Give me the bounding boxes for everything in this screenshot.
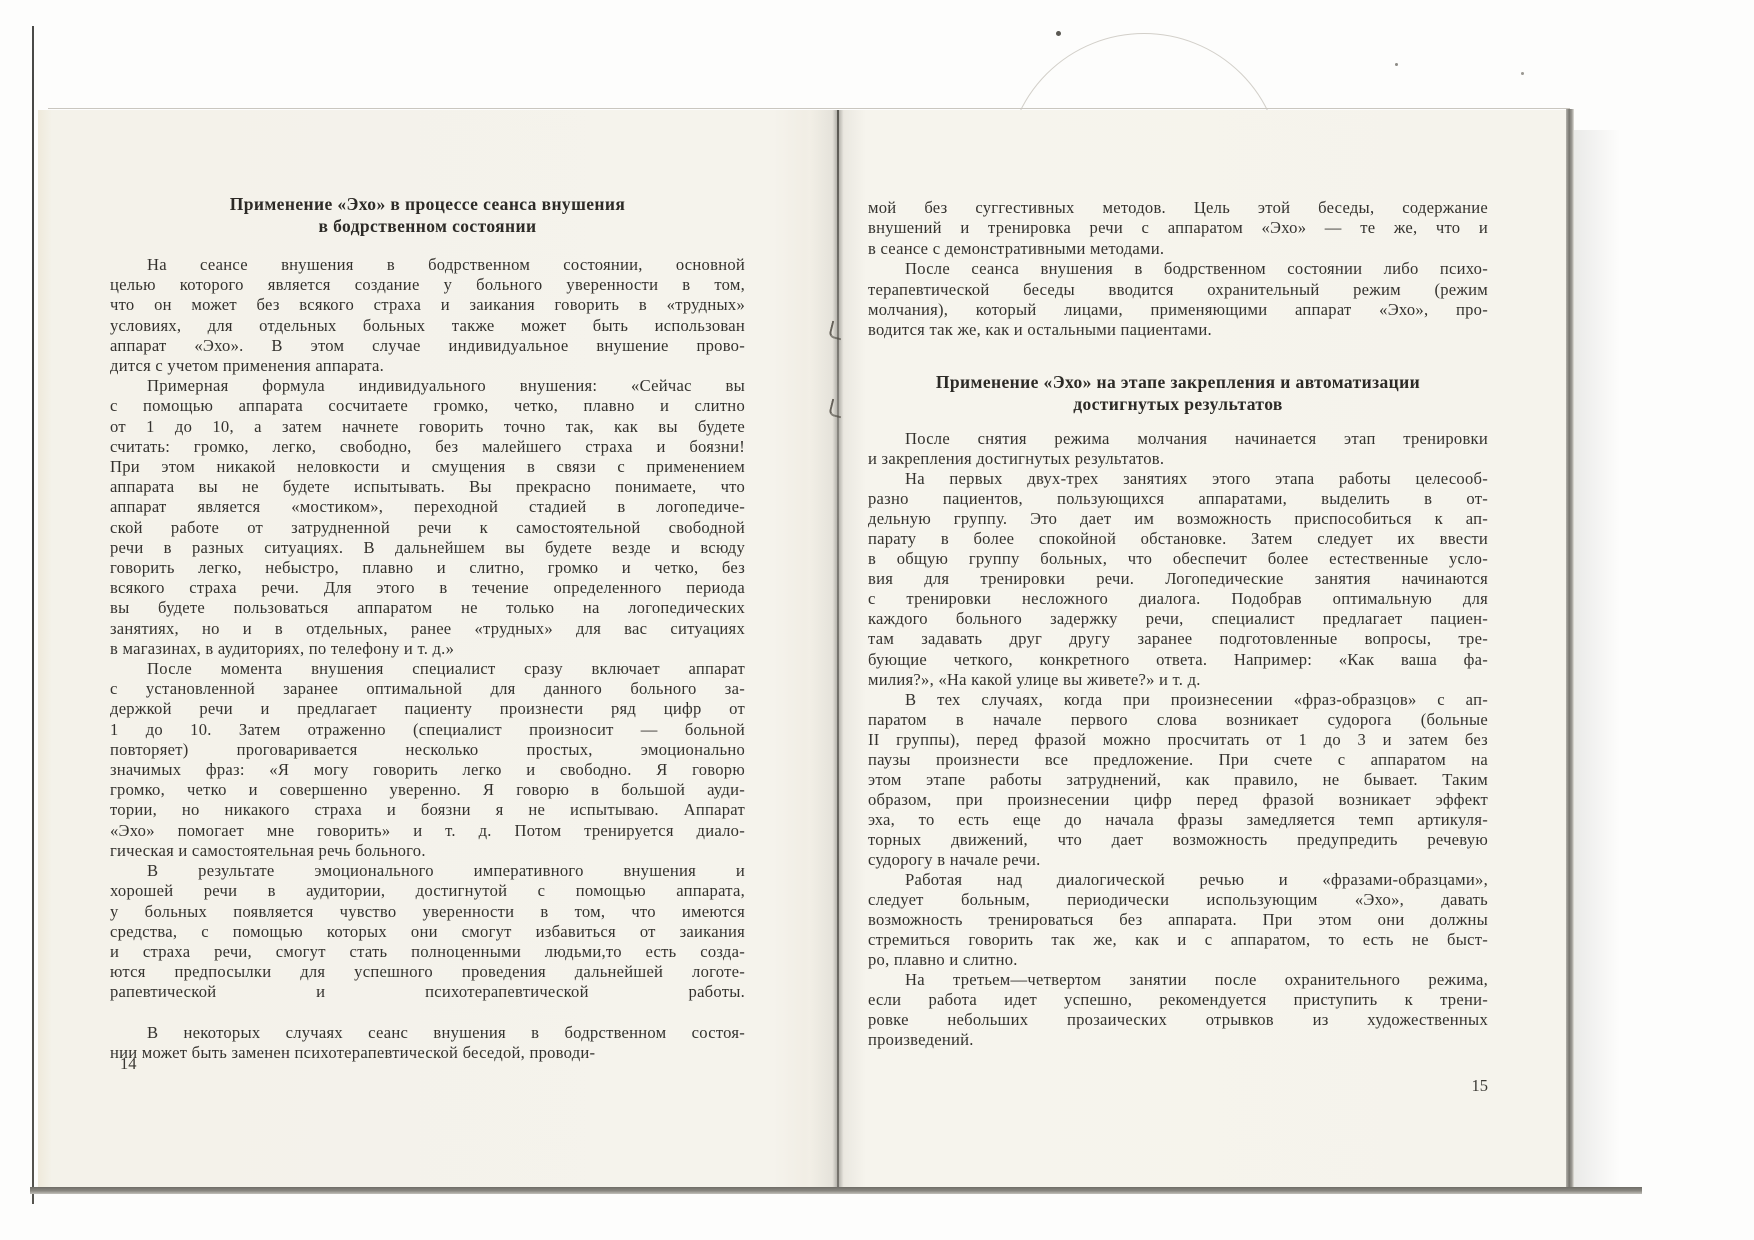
text-line: произведений. bbox=[868, 1030, 1488, 1050]
text-line: стремиться говорить так же, как и с аппа… bbox=[868, 930, 1488, 950]
text-line: Работая над диалогической речью и «фраза… bbox=[868, 870, 1488, 890]
text-line: в сеансе с демонстративными методами. bbox=[868, 239, 1488, 259]
text-line: водится так же, как и остальными пациент… bbox=[868, 320, 1488, 340]
text-line: там задавать друг другу заранее подготов… bbox=[868, 629, 1488, 649]
text-line: После сеанса внушения в бодрственном сос… bbox=[868, 259, 1488, 279]
text-line: с помощью аппарата сосчитаете громко, че… bbox=[110, 396, 745, 416]
text-line: бующие четкого, конкретного ответа. Напр… bbox=[868, 650, 1488, 670]
scan-speck bbox=[1056, 31, 1061, 36]
text-line: После момента внушения специалист сразу … bbox=[110, 659, 745, 679]
text-line: средства, с помощью которых они смогут и… bbox=[110, 922, 745, 942]
text-line: всякого страха речи. Для этого в течение… bbox=[110, 578, 745, 598]
paragraph: мой без суггестивных методов. Цель этой … bbox=[868, 198, 1488, 259]
page-right: мой без суггестивных методов. Цель этой … bbox=[812, 110, 1570, 1188]
heading-line: в бодрственном состоянии bbox=[110, 215, 745, 237]
text-line: значимых фраз: «Я могу говорить легко и … bbox=[110, 760, 745, 780]
text-line: терапевтической беседы вводится охраните… bbox=[868, 280, 1488, 300]
text-line: внушений и тренировка речи с аппаратом «… bbox=[868, 218, 1488, 238]
text-line: эха, то есть еще до начала фразы замедля… bbox=[868, 810, 1488, 830]
page-top-edge bbox=[48, 108, 1570, 109]
text-line: у больных появляется чувство уверенности… bbox=[110, 902, 745, 922]
text-line: аппарат «Эхо». В этом случае индивидуаль… bbox=[110, 336, 745, 356]
text-line: тории, но никакого страха и боязни я не … bbox=[110, 800, 745, 820]
text-line: мой без суггестивных методов. Цель этой … bbox=[868, 198, 1488, 218]
heading-line: Применение «Эхо» на этапе закрепления и … bbox=[868, 371, 1488, 393]
text-line: II группы), перед фразой можно просчитат… bbox=[868, 730, 1488, 750]
text-line: если работа идет успешно, рекомендуется … bbox=[868, 990, 1488, 1010]
heading-line: достигнутых результатов bbox=[868, 393, 1488, 415]
page-bottom-edge bbox=[30, 1187, 1642, 1194]
text-line: На первых двух-трех занятиях этого этапа… bbox=[868, 469, 1488, 489]
text-line: В некоторых случаях сеанс внушения в бод… bbox=[110, 1023, 745, 1043]
paragraph: После сеанса внушения в бодрственном сос… bbox=[868, 259, 1488, 341]
paragraph: Примерная формула индивидуального внушен… bbox=[110, 376, 745, 659]
text-line: вия для тренировки речи. Логопедические … bbox=[868, 569, 1488, 589]
text-line: Примерная формула индивидуального внушен… bbox=[110, 376, 745, 396]
page-number-right: 15 bbox=[868, 1076, 1488, 1096]
page-number-left: 14 bbox=[120, 1054, 137, 1074]
book-pages: Применение «Эхо» в процессе сеанса внуше… bbox=[38, 110, 1570, 1188]
text-line: На сеансе внушения в бодрственном состоя… bbox=[110, 255, 745, 275]
text-line: в магазинах, в аудиториях, по телефону и… bbox=[110, 639, 745, 659]
scanned-book-spread: Применение «Эхо» в процессе сеанса внуше… bbox=[0, 0, 1754, 1240]
text-line: образом, при произнесении цифр перед фра… bbox=[868, 790, 1488, 810]
paragraph: После снятия режима молчания начинается … bbox=[868, 429, 1488, 469]
text-line: ются предпосылки для успешного проведени… bbox=[110, 962, 745, 982]
text-line: что он может без всякого страха и заикан… bbox=[110, 295, 745, 315]
text-line: 1 до 10. Затем отраженно (специалист про… bbox=[110, 720, 745, 740]
paragraph: На третьем—четвертом занятии после охран… bbox=[868, 970, 1488, 1050]
text-line: паузы произнести все предложение. При сч… bbox=[868, 750, 1488, 770]
text-line: дится с учетом применения аппарата. bbox=[110, 356, 745, 376]
text-line: рапевтической и психотерапевтической раб… bbox=[110, 982, 745, 1002]
text-line: говорить легко, небыстро, плавно и слитн… bbox=[110, 558, 745, 578]
text-line: громко, четко и совершенно уверенно. Я г… bbox=[110, 780, 745, 800]
text-line: паратом в начале первого слова возникает… bbox=[868, 710, 1488, 730]
page-side-shadow bbox=[1574, 130, 1620, 1188]
staple bbox=[828, 399, 845, 419]
paragraph: В некоторых случаях сеанс внушения в бод… bbox=[110, 1023, 745, 1063]
page-left: Применение «Эхо» в процессе сеанса внуше… bbox=[38, 110, 812, 1188]
text-line: от 1 до 10, а затем начнете говорить точ… bbox=[110, 417, 745, 437]
text-line: вы будете пользоваться аппаратом не толь… bbox=[110, 598, 745, 618]
scan-speck bbox=[1521, 72, 1524, 75]
paragraph: На сеансе внушения в бодрственном состоя… bbox=[110, 255, 745, 376]
text-line: и закрепления достигнутых результатов. bbox=[868, 449, 1488, 469]
page-body-left: На сеансе внушения в бодрственном состоя… bbox=[110, 255, 745, 1063]
text-line: держкой речи и предлагает пациенту произ… bbox=[110, 699, 745, 719]
text-line: милия?», «На какой улице вы живете?» и т… bbox=[868, 670, 1488, 690]
text-line: торных движений, что дает возможность пр… bbox=[868, 830, 1488, 850]
text-line: В тех случаях, когда при произнесении «ф… bbox=[868, 690, 1488, 710]
text-line: ровке небольших прозаических отрывков из… bbox=[868, 1010, 1488, 1030]
paragraph: После момента внушения специалист сразу … bbox=[110, 659, 745, 861]
paragraph: В результате эмоционального императивног… bbox=[110, 861, 745, 1023]
text-line: аппарат является «мостиком», переходной … bbox=[110, 497, 745, 517]
scan-speck bbox=[1395, 63, 1398, 66]
page-right-edge bbox=[1566, 109, 1574, 1189]
text-line: молчания), который лицами, применяющими … bbox=[868, 300, 1488, 320]
text-line: в общую группу больных, что обеспечит бо… bbox=[868, 549, 1488, 569]
text-line: парату в более спокойной обстановке. Зат… bbox=[868, 529, 1488, 549]
text-line: занятиях, но и в отдельных, ранее «трудн… bbox=[110, 619, 745, 639]
text-line: повторяет) проговаривается несколько про… bbox=[110, 740, 745, 760]
text-line: дельную группу. Это дает им возможность … bbox=[868, 509, 1488, 529]
text-line: нии может быть заменен психотерапевтичес… bbox=[110, 1043, 745, 1063]
paragraph: Работая над диалогической речью и «фраза… bbox=[868, 870, 1488, 970]
paragraph: В тех случаях, когда при произнесении «ф… bbox=[868, 690, 1488, 870]
book-gutter bbox=[810, 110, 866, 1188]
text-line: речи в разных ситуациях. В дальнейшем вы… bbox=[110, 538, 745, 558]
page-body-right-top: мой без суггестивных методов. Цель этой … bbox=[868, 198, 1488, 341]
text-line: целью которого является создание у больн… bbox=[110, 275, 745, 295]
text-line: следует больным, периодически использующ… bbox=[868, 890, 1488, 910]
text-line: каждого больного задержку речи, специали… bbox=[868, 609, 1488, 629]
text-line: гическая и самостоятельная речь больного… bbox=[110, 841, 745, 861]
text-line: При этом никакой неловкости и смущения в… bbox=[110, 457, 745, 477]
text-line bbox=[110, 1003, 745, 1023]
text-line: с установленной заранее оптимальной для … bbox=[110, 679, 745, 699]
heading-line: Применение «Эхо» в процессе сеанса внуше… bbox=[110, 193, 745, 215]
text-line: После снятия режима молчания начинается … bbox=[868, 429, 1488, 449]
page-body-right-bottom: После снятия режима молчания начинается … bbox=[868, 429, 1488, 1050]
text-line: возможность тренироваться без аппарата. … bbox=[868, 910, 1488, 930]
text-line: На третьем—четвертом занятии после охран… bbox=[868, 970, 1488, 990]
text-line: ро, плавно и слитно. bbox=[868, 950, 1488, 970]
text-line: аппарата вы не будете испытывать. Вы пре… bbox=[110, 477, 745, 497]
text-line: В результате эмоционального императивног… bbox=[110, 861, 745, 881]
text-line: этом этапе работы затруднений, как прави… bbox=[868, 770, 1488, 790]
text-line: судорогу в начале речи. bbox=[868, 850, 1488, 870]
text-line: ской работе от затрудненной речи к самос… bbox=[110, 518, 745, 538]
text-line: и страха речи, смогут стать полноценными… bbox=[110, 942, 745, 962]
staple bbox=[828, 321, 845, 341]
text-line: считать: громко, легко, свободно, без ма… bbox=[110, 437, 745, 457]
text-line: с тренировки несложного диалога. Подобра… bbox=[868, 589, 1488, 609]
paragraph: На первых двух-трех занятиях этого этапа… bbox=[868, 469, 1488, 690]
fold-line bbox=[837, 110, 839, 1188]
text-line: хорошей речи в аудитории, достигнутой с … bbox=[110, 881, 745, 901]
text-line: «Эхо» помогает мне говорить» и т. д. Пот… bbox=[110, 821, 745, 841]
text-line: разно пациентов, пользующихся аппаратами… bbox=[868, 489, 1488, 509]
section-heading-right: Применение «Эхо» на этапе закрепления и … bbox=[868, 371, 1488, 415]
text-line: условиях, для отдельных больных также мо… bbox=[110, 316, 745, 336]
section-heading-left: Применение «Эхо» в процессе сеанса внуше… bbox=[110, 193, 745, 237]
scan-edge-line bbox=[32, 26, 34, 1204]
